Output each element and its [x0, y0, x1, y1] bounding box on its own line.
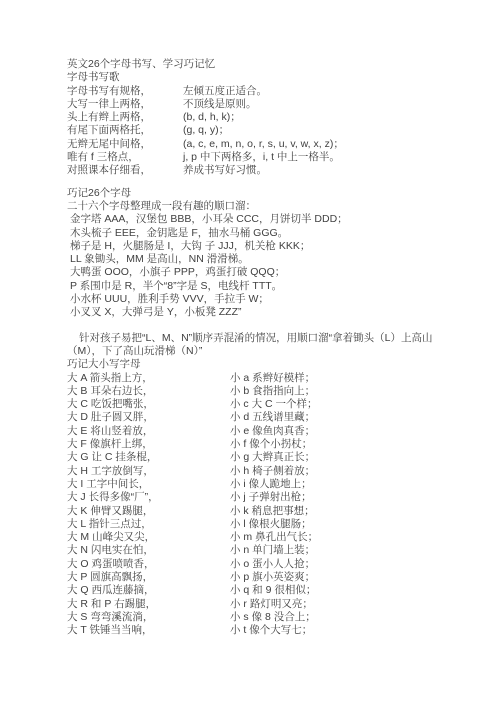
- song-row-right: (g, q, y)；: [183, 124, 229, 137]
- case-row: 大 I 工字中间长， 小 i 像人跪地上；: [67, 478, 452, 491]
- song-row-left: 唯有 f 三格点，: [67, 151, 183, 164]
- case-row: 大 S 弯弯溪流淌， 小 s 像 8 没合上；: [67, 611, 452, 624]
- song-row-left: 对照课本仔细看，: [67, 164, 183, 177]
- case-row: 大 M 山峰尖又尖， 小 m 鼻孔出气长；: [67, 531, 452, 544]
- mnemonic26-line: P 系围巾是 R，半个“8”字是 S，电线杆 TTT。: [67, 280, 452, 293]
- mnemonic26-line: 金字塔 AAA，汉堡包 BBB，小耳朵 CCC，月饼切半 DDD；: [67, 213, 452, 226]
- mnemonic26-line: 梯子是 H，火腿肠是 I，大钩 子 JJJ，机关枪 KKK；: [67, 240, 452, 253]
- case-row-lower: 小 d 五线谱里藏；: [230, 411, 315, 424]
- song-row: 头上有辫上两格， (b, d, h, k)；: [67, 111, 452, 124]
- case-row-upper: 大 K 伸臂又踢腿，: [67, 505, 230, 518]
- case-row-upper: 大 B 耳朵右边长，: [67, 385, 230, 398]
- song-row-right: 养成书写好习惯。: [183, 164, 267, 177]
- mnemonic26-heading: 巧记26个字母: [67, 187, 452, 200]
- case-row: 大 O 鸡蛋喷喷香， 小 o 蛋小人人抢；: [67, 558, 452, 571]
- song-row-right: (b, d, h, k)；: [183, 111, 241, 124]
- case-row-upper: 大 O 鸡蛋喷喷香，: [67, 558, 230, 571]
- case-row-upper: 大 P 圆旗高飘扬，: [67, 571, 230, 584]
- case-row: 大 Q 西瓜连藤摘， 小 q 和 9 很相似；: [67, 584, 452, 597]
- song-row-left: 字母书写有规格，: [67, 85, 183, 98]
- case-row: 大 J 长得多像“厂”， 小 j 子弹射出枪；: [67, 491, 452, 504]
- case-row-lower: 小 m 鼻孔出气长；: [230, 531, 318, 544]
- case-row-upper: 大 C 吃饭把嘴张，: [67, 398, 230, 411]
- case-row-lower: 小 s 像 8 没合上；: [230, 611, 316, 624]
- case-row-upper: 大 H 工字放倒写，: [67, 465, 230, 478]
- mnemonic26-line: 大鸭蛋 OOO，小旗子 PPP，鸡蛋打破 QQQ；: [67, 266, 452, 279]
- song-row-left: 大写一律上两格，: [67, 98, 183, 111]
- lmn-note-line: 针对孩子易把“L、M、N”顺序弄混淆的情况，用顺口溜“拿着锄头（L）上高山: [67, 332, 452, 345]
- case-row: 大 K 伸臂又踢腿， 小 k 稍息把事想；: [67, 505, 452, 518]
- case-row-upper: 大 S 弯弯溪流淌，: [67, 611, 230, 624]
- case-row-upper: 大 G 让 C 挂条棍，: [67, 451, 230, 464]
- case-row-lower: 小 f 像个小拐杖；: [230, 438, 312, 451]
- song-row-left: 有尾下面两格托，: [67, 124, 183, 137]
- case-row-upper: 大 F 像旗杆上绑，: [67, 438, 230, 451]
- song-row: 对照课本仔细看， 养成书写好习惯。: [67, 164, 452, 177]
- case-row-upper: 大 M 山峰尖又尖，: [67, 531, 230, 544]
- case-row: 大 A 箭头指上方， 小 a 系辫好模样；: [67, 372, 452, 385]
- song-row-left: 头上有辫上两格，: [67, 111, 183, 124]
- case-row: 大 T 铁锤当当响， 小 t 像个大写七；: [67, 624, 452, 637]
- case-row-lower: 小 a 系辫好模样；: [230, 372, 315, 385]
- case-row-lower: 小 l 像根火腿肠；: [230, 518, 312, 531]
- song-row: 有尾下面两格托， (g, q, y)；: [67, 124, 452, 137]
- case-row-upper: 大 A 箭头指上方，: [67, 372, 230, 385]
- case-row-upper: 大 R 和 P 右踢腿，: [67, 598, 230, 611]
- song-row-right: j, p 中下两格多，i, t 中上一格半。: [183, 151, 340, 164]
- case-row: 大 N 闪电实在怕， 小 n 单门墙上装；: [67, 544, 452, 557]
- page-title: 英文26个字母书写、学习巧记忆: [67, 58, 452, 71]
- case-row-lower: 小 r 路灯明又亮；: [230, 598, 313, 611]
- case-row-lower: 小 t 像个大写七；: [230, 624, 312, 637]
- case-row-lower: 小 j 子弹射出枪；: [230, 491, 312, 504]
- song-row: 大写一律上两格， 不顶线是原则。: [67, 98, 452, 111]
- case-row-lower: 小 g 大辫真正长；: [230, 451, 315, 464]
- case-row-lower: 小 e 像鱼肉真香；: [230, 425, 315, 438]
- case-list-heading: 巧记大小写字母: [67, 358, 452, 371]
- document-page: 英文26个字母书写、学习巧记忆 字母书写歌 字母书写有规格， 左倾五度正适合。 …: [0, 0, 500, 707]
- case-row: 大 C 吃饭把嘴张， 小 c 大 C 一个样；: [67, 398, 452, 411]
- document-content: 英文26个字母书写、学习巧记忆 字母书写歌 字母书写有规格， 左倾五度正适合。 …: [67, 58, 452, 637]
- song-row-right: 左倾五度正适合。: [183, 85, 267, 98]
- case-row: 大 D 肚子圆又胖， 小 d 五线谱里藏；: [67, 411, 452, 424]
- case-row-upper: 大 D 肚子圆又胖，: [67, 411, 230, 424]
- case-row: 大 G 让 C 挂条棍， 小 g 大辫真正长；: [67, 451, 452, 464]
- case-row-upper: 大 N 闪电实在怕，: [67, 544, 230, 557]
- case-row: 大 E 将山竖着放， 小 e 像鱼肉真香；: [67, 425, 452, 438]
- song-row: 无辫无尾中间格， (a, c, e, m, n, o, r, s, u, v, …: [67, 138, 452, 151]
- case-row-lower: 小 c 大 C 一个样；: [230, 398, 318, 411]
- case-row: 大 R 和 P 右踢腿， 小 r 路灯明又亮；: [67, 598, 452, 611]
- case-row-upper: 大 L 指针三点过，: [67, 518, 230, 531]
- case-row: 大 P 圆旗高飘扬， 小 p 旗小英姿爽；: [67, 571, 452, 584]
- case-row-upper: 大 Q 西瓜连藤摘，: [67, 584, 230, 597]
- case-row-lower: 小 k 稍息把事想；: [230, 505, 315, 518]
- case-row: 大 L 指针三点过， 小 l 像根火腿肠；: [67, 518, 452, 531]
- song-row-right: (a, c, e, m, n, o, r, s, u, v, w, x, z)；: [183, 138, 344, 151]
- case-row-upper: 大 T 铁锤当当响，: [67, 624, 230, 637]
- case-row-lower: 小 q 和 9 很相似；: [230, 584, 316, 597]
- case-row-lower: 小 n 单门墙上装；: [230, 544, 315, 557]
- case-row-lower: 小 o 蛋小人人抢；: [230, 558, 315, 571]
- song-row: 字母书写有规格， 左倾五度正适合。: [67, 85, 452, 98]
- mnemonic26-line: 小水杯 UUU，胜利手势 VVV，手拉手 W；: [67, 293, 452, 306]
- case-row: 大 F 像旗杆上绑， 小 f 像个小拐杖；: [67, 438, 452, 451]
- case-row: 大 B 耳朵右边长， 小 b 食指指向上；: [67, 385, 452, 398]
- case-row-upper: 大 J 长得多像“厂”，: [67, 491, 230, 504]
- case-row-upper: 大 I 工字中间长，: [67, 478, 230, 491]
- case-row: 大 H 工字放倒写， 小 h 椅子侧着放；: [67, 465, 452, 478]
- mnemonic26-line: LL 象锄头，MM 是高山，NN 滑滑梯。: [67, 253, 452, 266]
- case-row-lower: 小 h 椅子侧着放；: [230, 465, 315, 478]
- case-row-upper: 大 E 将山竖着放，: [67, 425, 230, 438]
- song-row-right: 不顶线是原则。: [183, 98, 257, 111]
- case-row-lower: 小 p 旗小英姿爽；: [230, 571, 315, 584]
- case-row-lower: 小 i 像人跪地上；: [230, 478, 312, 491]
- song-row-left: 无辫无尾中间格，: [67, 138, 183, 151]
- song-row: 唯有 f 三格点， j, p 中下两格多，i, t 中上一格半。: [67, 151, 452, 164]
- mnemonic26-line: 木头梳子 EEE，金钥匙是 F，抽水马桶 GGG。: [67, 227, 452, 240]
- lmn-note-line: （M），下了高山玩滑梯（N）”: [67, 345, 452, 358]
- mnemonic26-intro: 二十六个字母整理成一段有趣的顺口溜：: [67, 200, 452, 213]
- mnemonic26-line: 小叉叉 X，大弹弓是 Y，小板凳 ZZZ”: [67, 306, 452, 319]
- case-row-lower: 小 b 食指指向上；: [230, 385, 315, 398]
- song-heading: 字母书写歌: [67, 71, 452, 84]
